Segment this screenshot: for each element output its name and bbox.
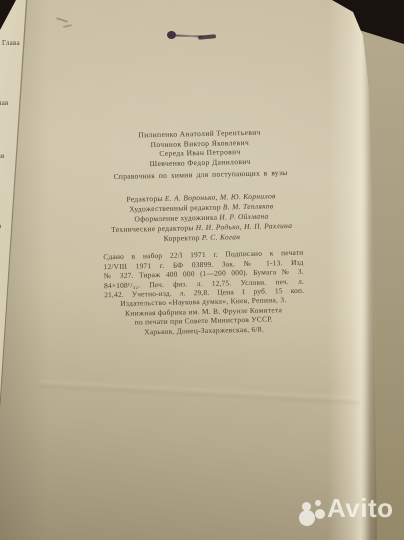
book-photo: Глава Глав Глав а Пилипенко Анатолий Тер… xyxy=(0,0,404,540)
publisher-block: Издательство «Наукова думка», Киев, Репи… xyxy=(1,292,404,340)
avito-logo-icon xyxy=(315,509,325,519)
printed-text: Пилипенко Анатолий Терентьевич Починок В… xyxy=(0,0,404,540)
colophon-page: Пилипенко Анатолий Терентьевич Починок В… xyxy=(0,0,404,540)
chapter-fragment: Глав xyxy=(0,99,9,107)
avito-logo-icon xyxy=(302,502,311,511)
credit-names: Н. И. Родько, Н. П. Рахлина xyxy=(196,221,293,232)
authors-block: Пилипенко Анатолий Терентьевич Починок В… xyxy=(0,124,402,171)
avito-logo-icon xyxy=(299,510,315,526)
credit-names: В. М. Тепляков xyxy=(223,201,274,211)
credits-block: РедакторыЕ. А. Воронько, М. Ю. Корнилов … xyxy=(0,188,404,247)
credit-role: Корректор xyxy=(164,233,200,243)
credit-role: Редакторы xyxy=(126,194,163,204)
credit-names: Р. С. Коган xyxy=(202,232,241,242)
credit-names: И. Р. Ойхмана xyxy=(219,211,268,221)
credit-role: Оформление художника xyxy=(134,213,217,224)
avito-logo-icon xyxy=(315,500,321,506)
avito-watermark: Avito xyxy=(294,496,400,534)
chapter-fragment: а xyxy=(0,222,1,230)
credit-role: Технические редакторы xyxy=(111,223,194,234)
chapter-fragment: Глава xyxy=(2,39,20,47)
chapter-fragment: Глав xyxy=(0,152,5,160)
avito-watermark-label: Avito xyxy=(327,493,394,524)
imprint-block: Сдано в набор 22/I 1971 г. Подписано к п… xyxy=(103,248,304,300)
